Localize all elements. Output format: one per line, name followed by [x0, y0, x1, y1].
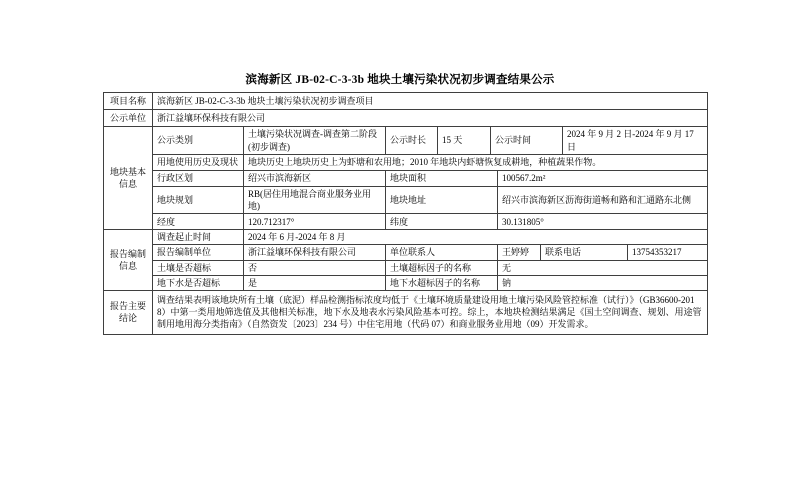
- publicity-time-value: 2024 年 9 月 2 日-2024 年 9 月 17 日: [563, 127, 708, 155]
- publicity-time-label: 公示时间: [491, 127, 563, 155]
- report-unit-value: 浙江益壤环保科技有限公司: [244, 245, 386, 260]
- plot-info-group-label: 地块基本信息: [104, 127, 153, 230]
- soil-exceed-label: 土壤是否超标: [153, 260, 244, 275]
- contact-phone-label: 联系电话: [541, 245, 628, 260]
- latitude-value: 30.131805°: [498, 214, 708, 230]
- conclusion-text: 调查结果表明该地块所有土壤（底泥）样品检测指标浓度均低于《土壤环境质量建设用地土…: [153, 290, 708, 334]
- longitude-label: 经度: [153, 214, 244, 230]
- soil-exceed-value: 否: [244, 260, 386, 275]
- report-unit-label: 报告编制单位: [153, 245, 244, 260]
- district-value: 绍兴市滨海新区: [244, 171, 386, 187]
- table-row: 土壤是否超标 否 土壤超标因子的名称 无: [104, 260, 708, 275]
- contact-phone-value: 13754353217: [628, 245, 708, 260]
- land-history-label: 用地使用历史及现状: [153, 155, 244, 171]
- soil-factor-label: 土壤超标因子的名称: [386, 260, 498, 275]
- table-row: 报告主要结论 调查结果表明该地块所有土壤（底泥）样品检测指标浓度均低于《土壤环境…: [104, 290, 708, 334]
- table-row: 行政区划 绍兴市滨海新区 地块面积 100567.2m²: [104, 171, 708, 187]
- publicity-unit-label: 公示单位: [104, 110, 153, 127]
- table-row: 地下水是否超标 是 地下水超标因子的名称 钠: [104, 275, 708, 290]
- publicity-category-value: 土壤污染状况调查-调查第二阶段(初步调查): [244, 127, 386, 155]
- project-name-value: 滨海新区 JB-02-C-3-3b 地块土壤污染状况初步调查项目: [153, 93, 708, 110]
- plot-planning-value: RB(居住用地混合商业服务业用地): [244, 187, 386, 214]
- longitude-value: 120.712317°: [244, 214, 386, 230]
- report-info-group-label: 报告编制信息: [104, 230, 153, 291]
- soil-factor-value: 无: [498, 260, 708, 275]
- table-row: 经度 120.712317° 纬度 30.131805°: [104, 214, 708, 230]
- survey-period-value: 2024 年 6 月-2024 年 8 月: [244, 230, 708, 245]
- survey-result-table: 项目名称 滨海新区 JB-02-C-3-3b 地块土壤污染状况初步调查项目 公示…: [103, 92, 708, 335]
- latitude-label: 纬度: [386, 214, 498, 230]
- survey-period-label: 调查起止时间: [153, 230, 244, 245]
- publicity-unit-value: 浙江益壤环保科技有限公司: [153, 110, 708, 127]
- groundwater-exceed-value: 是: [244, 275, 386, 290]
- duration-value: 15 天: [438, 127, 491, 155]
- plot-address-value: 绍兴市滨海新区沥海街道畅和路和汇通路东北侧: [498, 187, 708, 214]
- groundwater-factor-label: 地下水超标因子的名称: [386, 275, 498, 290]
- table-row: 地块规划 RB(居住用地混合商业服务业用地) 地块地址 绍兴市滨海新区沥海街道畅…: [104, 187, 708, 214]
- table-row: 用地使用历史及现状 地块历史上地块历史上为虾塘和农用地；2010 年地块内虾塘恢…: [104, 155, 708, 171]
- table-row: 公示单位 浙江益壤环保科技有限公司: [104, 110, 708, 127]
- conclusion-group-label: 报告主要结论: [104, 290, 153, 334]
- contact-person-value: 王婷婷: [498, 245, 541, 260]
- plot-address-label: 地块地址: [386, 187, 498, 214]
- plot-area-value: 100567.2m²: [498, 171, 708, 187]
- groundwater-factor-value: 钠: [498, 275, 708, 290]
- land-history-value: 地块历史上地块历史上为虾塘和农用地；2010 年地块内虾塘恢复成耕地，种植蔬果作…: [244, 155, 708, 171]
- district-label: 行政区划: [153, 171, 244, 187]
- table-row: 报告编制单位 浙江益壤环保科技有限公司 单位联系人 王婷婷 联系电话 13754…: [104, 245, 708, 260]
- groundwater-exceed-label: 地下水是否超标: [153, 275, 244, 290]
- publicity-category-label: 公示类别: [153, 127, 244, 155]
- page-title: 滨海新区 JB-02-C-3-3b 地块土壤污染状况初步调查结果公示: [0, 71, 800, 87]
- table-row: 项目名称 滨海新区 JB-02-C-3-3b 地块土壤污染状况初步调查项目: [104, 93, 708, 110]
- contact-person-label: 单位联系人: [386, 245, 498, 260]
- project-name-label: 项目名称: [104, 93, 153, 110]
- table-row: 地块基本信息 公示类别 土壤污染状况调查-调查第二阶段(初步调查) 公示时长 1…: [104, 127, 708, 155]
- table-row: 报告编制信息 调查起止时间 2024 年 6 月-2024 年 8 月: [104, 230, 708, 245]
- plot-area-label: 地块面积: [386, 171, 498, 187]
- duration-label: 公示时长: [386, 127, 438, 155]
- plot-planning-label: 地块规划: [153, 187, 244, 214]
